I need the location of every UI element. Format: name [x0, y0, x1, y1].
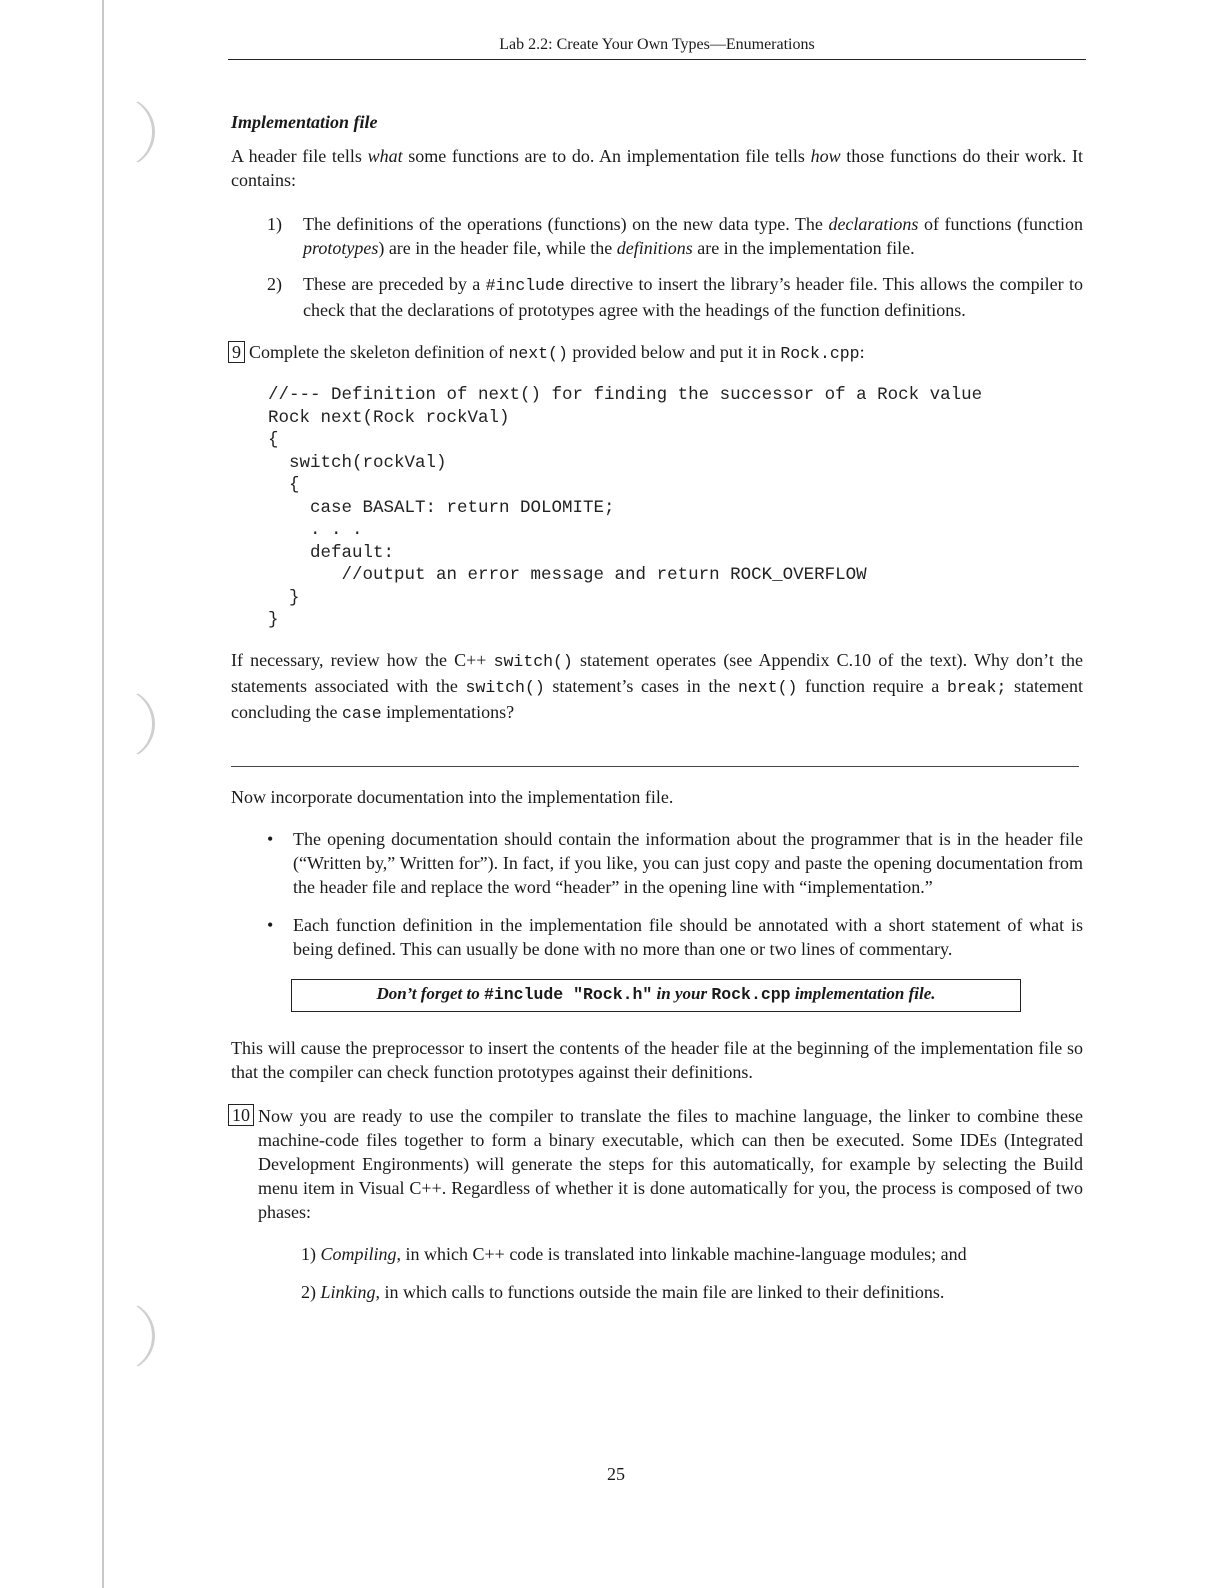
text: function require a [797, 676, 947, 696]
page-number: 25 [0, 1464, 1232, 1485]
text: Complete the skeleton definition of [249, 342, 508, 362]
text: ) are in the header file, while the [378, 238, 616, 258]
text: A header file tells [231, 146, 368, 166]
code-line: //output an error message and return ROC… [268, 564, 1083, 587]
inline-code: case [342, 704, 382, 723]
text: : [860, 342, 865, 362]
code-line: switch(rockVal) [268, 452, 1083, 475]
intro-paragraph: A header file tells what some functions … [231, 144, 1083, 192]
emphasis: prototypes [303, 238, 378, 258]
emphasis: declarations [828, 214, 918, 234]
question-paragraph: If necessary, review how the C++ switch(… [231, 648, 1083, 726]
text: implementation file. [791, 984, 936, 1003]
list-item: 2) Linking, in which calls to functions … [301, 1280, 1083, 1304]
doc-bullet-list: • The opening documentation should conta… [267, 827, 1083, 961]
code-line: case BASALT: return DOLOMITE; [268, 497, 1083, 520]
emphasis: definitions [617, 238, 693, 258]
step-text: 9Complete the skeleton definition of nex… [228, 340, 865, 366]
inline-code: break; [947, 678, 1006, 697]
bullet-icon: • [267, 827, 293, 899]
list-item: • The opening documentation should conta… [267, 827, 1083, 899]
step-number-box: 9 [228, 341, 245, 363]
doc-intro: Now incorporate documentation into the i… [231, 785, 1083, 809]
text: are in the implementation file. [693, 238, 915, 258]
code-line: //--- Definition of next() for finding t… [268, 384, 1083, 407]
list-number: 1) [267, 212, 303, 260]
page-content: Implementation file A header file tells … [231, 110, 1083, 1318]
text: These are preceded by a [303, 274, 486, 294]
preprocessor-paragraph: This will cause the preprocessor to inse… [231, 1036, 1083, 1084]
punch-hole-mark [112, 688, 155, 760]
inline-code: next() [738, 678, 797, 697]
step-10: 10 Now you are ready to use the compiler… [228, 1104, 1083, 1224]
list-item: 2) These are preceded by a #include dire… [267, 272, 1083, 322]
list-number: 1) [301, 1244, 316, 1264]
emphasis: how [811, 146, 841, 166]
text: Don’t forget to [376, 984, 484, 1003]
answer-line [231, 766, 1079, 767]
inline-code: Rock.cpp [711, 985, 790, 1004]
text: If necessary, review how the C++ [231, 650, 494, 670]
term: Linking [321, 1282, 376, 1302]
step-number-box: 10 [228, 1104, 254, 1126]
text: , in which calls to functions outside th… [376, 1282, 945, 1302]
list-number: 2) [301, 1282, 316, 1302]
inline-code: #include [486, 276, 565, 295]
bullet-icon: • [267, 913, 293, 961]
code-line: { [268, 429, 1083, 452]
code-line: } [268, 587, 1083, 610]
list-item: 1) The definitions of the operations (fu… [267, 212, 1083, 260]
inline-code: Rock.cpp [780, 344, 859, 363]
phases-list: 1) Compiling, in which C++ code is trans… [301, 1242, 1083, 1304]
code-line: { [268, 474, 1083, 497]
emphasis: what [368, 146, 403, 166]
text: of functions (function [918, 214, 1083, 234]
text: statement’s cases in the [545, 676, 738, 696]
code-line: . . . [268, 519, 1083, 542]
list-text: Each function definition in the implemen… [293, 913, 1083, 961]
list-number: 2) [267, 272, 303, 322]
step-9: 9Complete the skeleton definition of nex… [228, 340, 1083, 366]
text: implementations? [382, 702, 514, 722]
term: Compiling [321, 1244, 397, 1264]
text: in your [652, 984, 711, 1003]
inline-code: switch() [466, 678, 545, 697]
punch-hole-mark [112, 96, 155, 168]
contains-list: 1) The definitions of the operations (fu… [267, 212, 1083, 322]
reminder-box: Don’t forget to #include "Rock.h" in you… [291, 979, 1021, 1012]
binding-edge [102, 0, 104, 1588]
inline-code: #include "Rock.h" [484, 985, 652, 1004]
code-block: //--- Definition of next() for finding t… [268, 384, 1083, 632]
list-item: • Each function definition in the implem… [267, 913, 1083, 961]
inline-code: switch() [494, 652, 573, 671]
punch-hole-mark [112, 1300, 155, 1372]
inline-code: next() [508, 344, 567, 363]
list-text: The definitions of the operations (funct… [303, 212, 1083, 260]
list-text: The opening documentation should contain… [293, 827, 1083, 899]
list-item: 1) Compiling, in which C++ code is trans… [301, 1242, 1083, 1266]
section-title: Implementation file [231, 110, 1083, 134]
text: some functions are to do. An implementat… [403, 146, 811, 166]
step-text: Now you are ready to use the compiler to… [258, 1104, 1083, 1224]
code-line: } [268, 609, 1083, 632]
text: , in which C++ code is translated into l… [397, 1244, 967, 1264]
code-line: default: [268, 542, 1083, 565]
text: The definitions of the operations (funct… [303, 214, 828, 234]
list-text: These are preceded by a #include directi… [303, 272, 1083, 322]
code-line: Rock next(Rock rockVal) [268, 407, 1083, 430]
text: provided below and put it in [568, 342, 780, 362]
running-head: Lab 2.2: Create Your Own Types—Enumerati… [228, 36, 1086, 60]
